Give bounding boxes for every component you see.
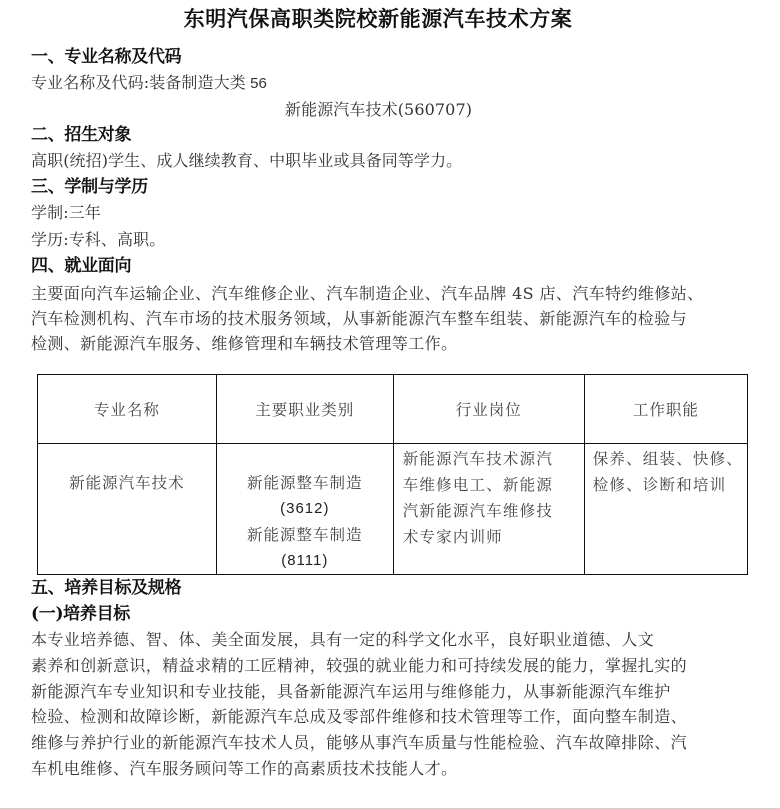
major-name-code: 新能源汽车技术(560707) [285, 98, 472, 122]
section-4-heading: 四、就业面向 [31, 254, 131, 278]
section-3-heading: 三、学制与学历 [31, 175, 148, 199]
position-line: 车维修电工、新能源 [403, 472, 580, 498]
paragraph-line: 素养和创新意识，精益求精的工匠精神，较强的就业能力和可持续发展的能力，掌握扎实的 [31, 653, 751, 679]
position-line: 汽新能源汽车维修技 [403, 498, 580, 524]
column-header-position: 行业岗位 [393, 375, 584, 444]
paragraph-line: 检测、新能源汽车服务、维修管理和车辆技术管理等工作。 [31, 331, 751, 356]
cell-positions: 新能源汽车技术源汽 车维修电工、新能源 汽新能源汽车维修技 术专家内训师 [393, 444, 584, 575]
study-duration-text: 学制:三年 [31, 201, 101, 225]
cell-functions: 保养、组装、快修、 检修、诊断和培训 [584, 444, 747, 575]
column-header-function: 工作职能 [584, 375, 747, 444]
paragraph-line: 汽车检测机构、汽车市场的技术服务领域，从事新能源汽车整车组装、新能源汽车的检验与 [31, 306, 751, 331]
paragraph-line: 主要面向汽车运输企业、汽车维修企业、汽车制造企业、汽车品牌 4S 店、汽车特约维… [31, 281, 751, 306]
occupation-code: (8111) [217, 548, 393, 574]
occupation-code: (3612) [217, 496, 393, 522]
section-2-heading: 二、招生对象 [31, 123, 131, 147]
cell-major: 新能源汽车技术 [38, 444, 217, 575]
document-page: 东明汽保高职类院校新能源汽车技术方案 一、专业名称及代码 专业名称及代码:装备制… [0, 0, 780, 809]
employment-table: 专业名称 主要职业类别 行业岗位 工作职能 新能源汽车技术 新能源整车制造 (3… [37, 374, 748, 575]
section-5-heading: 五、培养目标及规格 [31, 576, 181, 600]
employment-orientation-paragraph: 主要面向汽车运输企业、汽车维修企业、汽车制造企业、汽车品牌 4S 店、汽车特约维… [31, 281, 751, 356]
document-title: 东明汽保高职类院校新能源汽车技术方案 [0, 4, 756, 34]
degree-text: 学历:专科、高职。 [31, 228, 165, 252]
occupation-name: 新能源整车制造 [217, 470, 393, 496]
cell-occupations: 新能源整车制造 (3612) 新能源整车制造 (8111) [216, 444, 393, 575]
paragraph-line: 车机电维修、汽车服务顾问等工作的高素质技术技能人才。 [31, 756, 751, 782]
paragraph-line: 本专业培养德、智、体、美全面发展，具有一定的科学文化水平，良好职业道德、人文 [31, 627, 751, 653]
position-line: 术专家内训师 [403, 524, 580, 550]
paragraph-line: 维修与养护行业的新能源汽车技术人员，能够从事汽车质量与性能检验、汽车故障排除、汽 [31, 730, 751, 756]
occupation-name: 新能源整车制造 [217, 522, 393, 548]
function-line: 检修、诊断和培训 [593, 472, 743, 498]
major-category-label: 专业名称及代码:装备制造大类 [31, 73, 246, 92]
function-line: 保养、组装、快修、 [593, 446, 743, 472]
enrollment-target-text: 高职(统招)学生、成人继续教育、中职毕业或具备同等学力。 [31, 149, 462, 173]
major-category-code: 56 [246, 75, 267, 92]
column-header-occupation: 主要职业类别 [216, 375, 393, 444]
training-goal-subheading: (一)培养目标 [31, 602, 130, 626]
paragraph-line: 检验、检测和故障诊断，新能源汽车总成及零部件维修和技术管理等工作，面向整车制造、 [31, 704, 751, 730]
major-category-line: 专业名称及代码:装备制造大类 56 [31, 71, 267, 96]
position-line: 新能源汽车技术源汽 [403, 446, 580, 472]
training-goal-paragraph: 本专业培养德、智、体、美全面发展，具有一定的科学文化水平，良好职业道德、人文 素… [31, 627, 751, 782]
column-header-major: 专业名称 [38, 375, 217, 444]
major-name: 新能源汽车技术 [38, 470, 216, 496]
table-row: 新能源汽车技术 新能源整车制造 (3612) 新能源整车制造 (8111) 新能… [38, 444, 748, 575]
paragraph-line: 新能源汽车专业知识和专业技能，具备新能源汽车运用与维修能力，从事新能源汽车维护 [31, 679, 751, 705]
table-header-row: 专业名称 主要职业类别 行业岗位 工作职能 [38, 375, 748, 444]
major-name-code-text: 新能源汽车技术(560707) [285, 100, 472, 119]
section-1-heading: 一、专业名称及代码 [31, 45, 181, 69]
